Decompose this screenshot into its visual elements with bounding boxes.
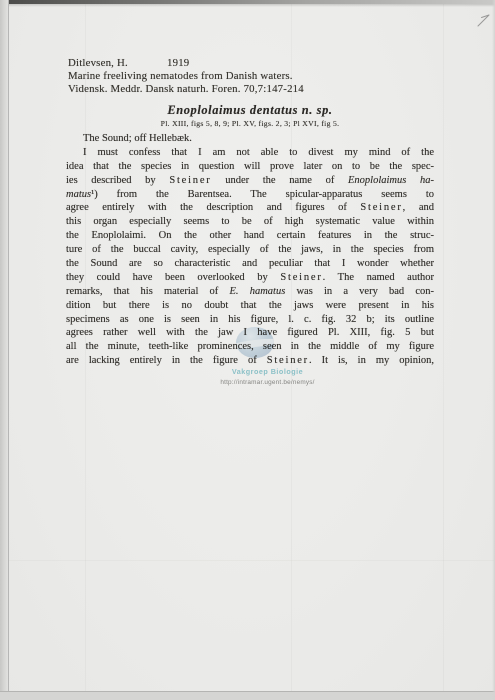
reference-journal: Vidensk. Meddr. Dansk naturh. Foren. 70,…	[68, 83, 304, 96]
watermark-url: http://intramar.ugent.be/nemys/	[200, 379, 335, 386]
body-text-line: matus¹) from the Barentsea. The spicular…	[66, 188, 434, 202]
page-crease	[443, 0, 444, 700]
body-text-line: the Sound are so characteristic and pecu…	[66, 257, 434, 271]
body-text-line: dition but there is no doubt that the ja…	[66, 299, 434, 313]
body-text-line: specimens as one is seen in his figure, …	[66, 313, 434, 327]
body-text-line: this organ especially seems to be of hig…	[66, 215, 434, 229]
reference-citation: Ditlevsen, H.1919 Marine freeliving nema…	[68, 57, 304, 97]
handwritten-pencil-mark	[476, 13, 492, 29]
body-text-line: agree entirely with the description and …	[66, 201, 434, 215]
scanner-edge-bottom	[0, 691, 495, 700]
watermark-group-name: Vakgroep Biologie	[200, 367, 335, 376]
nemys-globe-logo-icon	[236, 327, 274, 358]
scanned-document-page: Ditlevsen, H.1919 Marine freeliving nema…	[0, 0, 495, 700]
body-text-line: idea that the species in question will p…	[66, 160, 434, 174]
page-crease	[0, 560, 495, 561]
body-text-line: The Sound; off Hellebæk.	[66, 132, 434, 146]
body-text-line: they could have been overlooked by Stein…	[66, 271, 434, 285]
body-text-line: the Enoplolaimi. On the other hand certa…	[66, 229, 434, 243]
body-text-line: ture of the buccal cavity, especially of…	[66, 243, 434, 257]
reference-title: Marine freeliving nematodes from Danish …	[68, 70, 304, 83]
reference-author: Ditlevsen, H.	[68, 57, 167, 70]
scanner-edge-left	[0, 0, 9, 700]
plates-reference-line: Pl. XIII, figs 5, 8, 9; Pl. XV, figs. 2,…	[46, 119, 454, 128]
species-title: Enoplolaimus dentatus n. sp.	[66, 103, 434, 118]
body-text-line: ies described by Steiner under the name …	[66, 174, 434, 188]
scanner-edge-top-shadow	[0, 4, 495, 7]
body-text-line: remarks, that his material of E. hamatus…	[66, 285, 434, 299]
reference-author-year-row: Ditlevsen, H.1919	[68, 57, 304, 70]
body-text-line: I must confess that I am not able to div…	[66, 146, 434, 160]
reference-year: 1919	[167, 57, 189, 69]
